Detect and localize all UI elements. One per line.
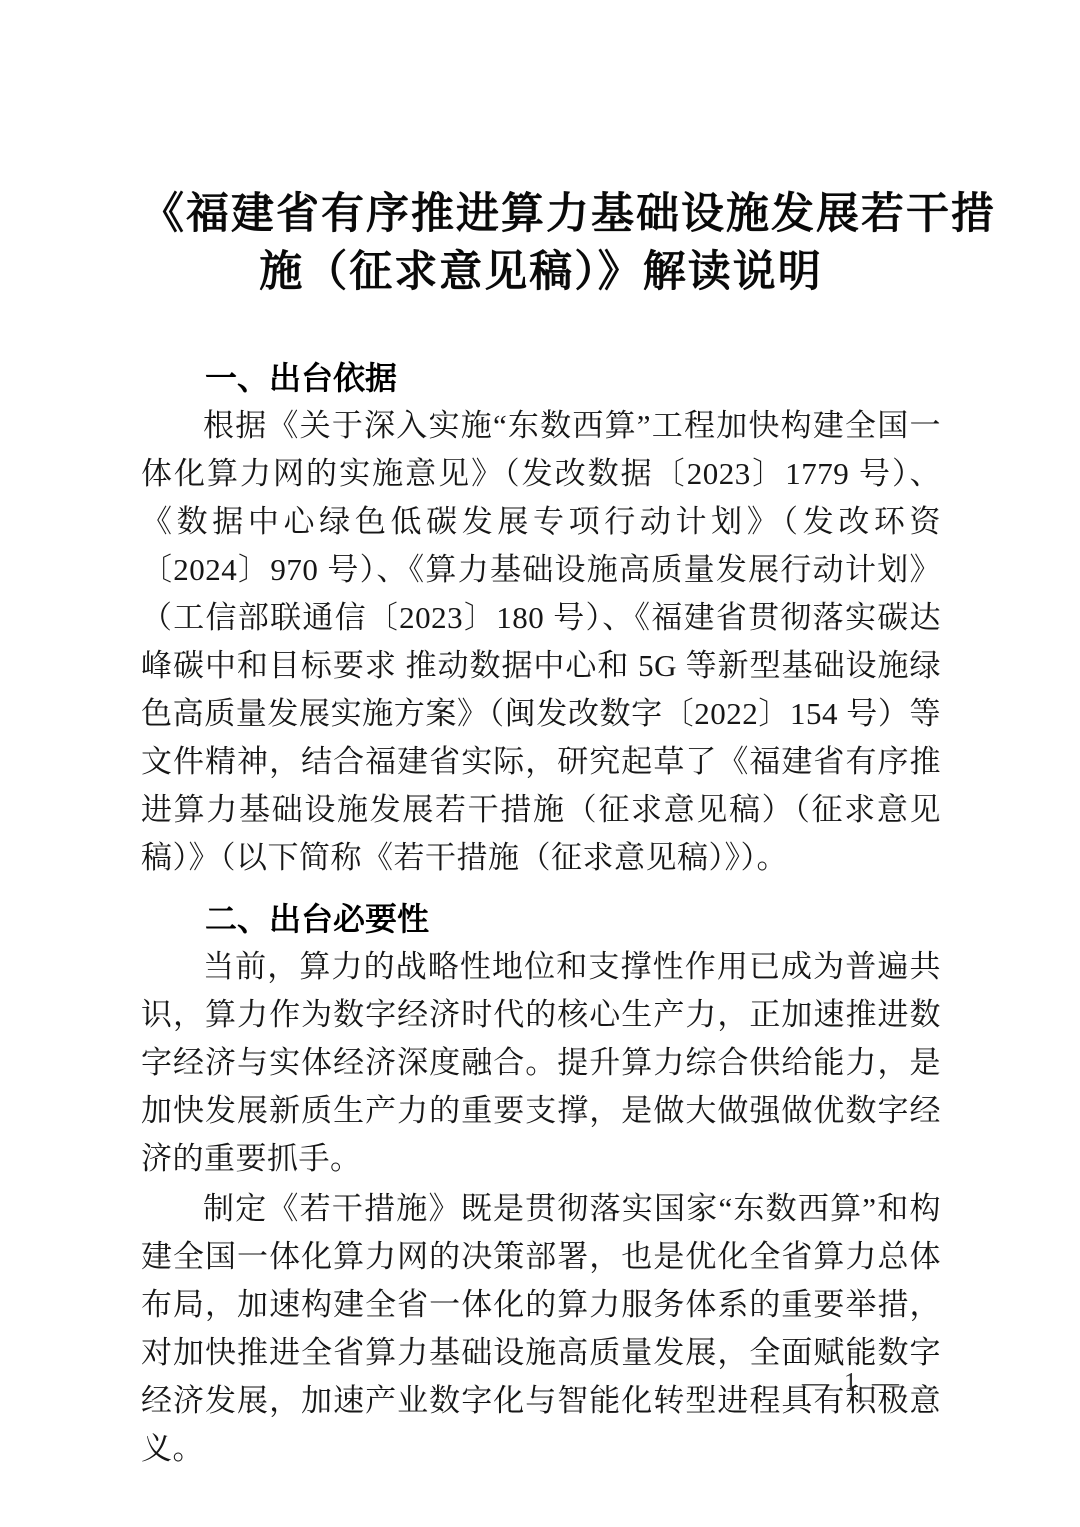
page-number: — 1 — xyxy=(802,1366,903,1398)
document-title: 《福建省有序推进算力基础设施发展若干措 施（征求意见稿）》解读说明 xyxy=(141,186,941,302)
document-title-line1: 《福建省有序推进算力基础设施发展若干措 xyxy=(141,186,941,244)
document-title-line2: 施（征求意见稿）》解读说明 xyxy=(141,244,941,302)
paragraph-basis-1: 根据《关于深入实施“东数西算”工程加快构建全国一体化算力网的实施意见》（发改数据… xyxy=(141,402,941,882)
paragraph-necessity-2: 制定《若干措施》既是贯彻落实国家“东数西算”和构建全国一体化算力网的决策部署，也… xyxy=(141,1185,941,1473)
paragraph-necessity-1: 当前，算力的战略性地位和支撑性作用已成为普遍共识，算力作为数字经济时代的核心生产… xyxy=(141,943,941,1183)
section-heading-basis: 一、出台依据 xyxy=(141,354,941,402)
document-page: 《福建省有序推进算力基础设施发展若干措 施（征求意见稿）》解读说明 一、出台依据… xyxy=(0,0,1080,1527)
section-heading-necessity: 二、出台必要性 xyxy=(141,895,941,943)
document-content: 《福建省有序推进算力基础设施发展若干措 施（征求意见稿）》解读说明 一、出台依据… xyxy=(141,186,941,1473)
